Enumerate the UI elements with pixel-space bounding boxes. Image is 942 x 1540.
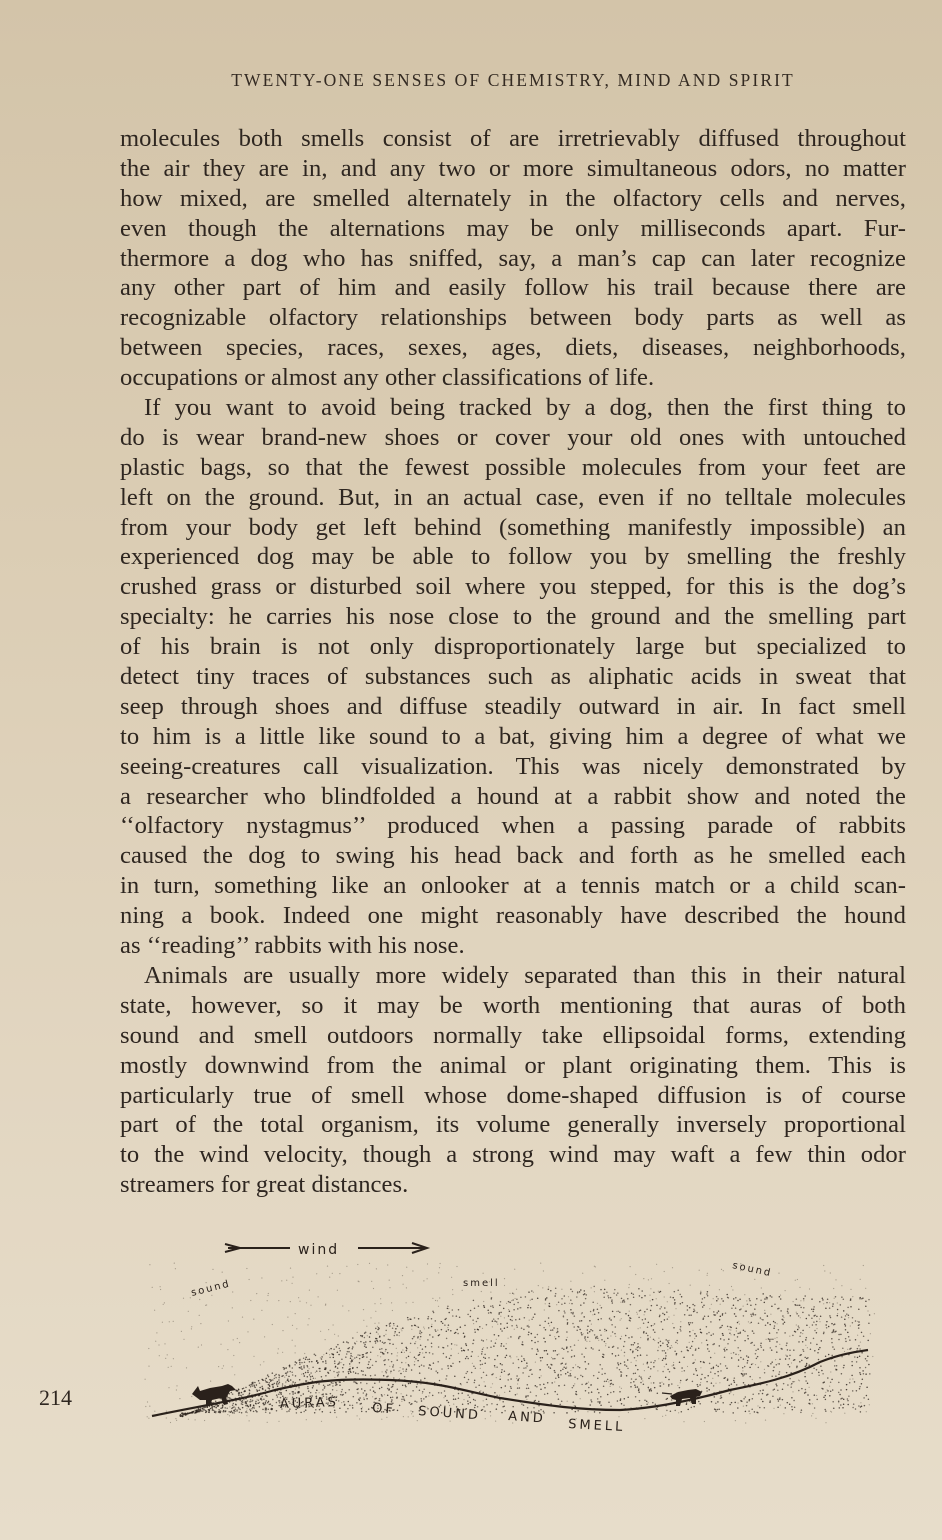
text-line: do is wear brand-new shoes or cover your… bbox=[120, 423, 906, 453]
text-line: how mixed, are smelled alternately in th… bbox=[120, 184, 906, 214]
caption-word: AND bbox=[508, 1409, 547, 1427]
text-line: crushed grass or disturbed soil where yo… bbox=[120, 572, 906, 602]
sound-label-right: sound bbox=[731, 1260, 773, 1279]
text-line: ning a book. Indeed one might reasonably… bbox=[120, 901, 906, 931]
text-line: even though the alternations may be only… bbox=[120, 214, 906, 244]
text-line: Animals are usually more widely separate… bbox=[120, 961, 906, 991]
body-text: molecules both smells consist of are irr… bbox=[120, 124, 906, 1200]
sound-label-left: sound bbox=[190, 1278, 232, 1298]
text-line: specialty: he carries his nose close to … bbox=[120, 602, 906, 632]
running-head: TWENTY-ONE SENSES OF CHEMISTRY, MIND AND… bbox=[120, 70, 906, 91]
caption-word: SOUND bbox=[418, 1404, 482, 1423]
text-line: caused the dog to swing his head back an… bbox=[120, 841, 906, 871]
text-line: seep through shoes and diffuse steadily … bbox=[120, 692, 906, 722]
text-line: If you want to avoid being tracked by a … bbox=[120, 393, 906, 423]
text-line: any other part of him and easily follow … bbox=[120, 273, 906, 303]
text-line: to the wind velocity, though a strong wi… bbox=[120, 1140, 906, 1170]
text-line: particularly true of smell whose dome-sh… bbox=[120, 1081, 906, 1111]
caption-word: AURAS bbox=[280, 1395, 340, 1412]
text-line: a researcher who blindfolded a hound at … bbox=[120, 782, 906, 812]
text-line: between species, races, sexes, ages, die… bbox=[120, 333, 906, 363]
text-line: plastic bags, so that the fewest possibl… bbox=[120, 453, 906, 483]
text-line: part of the total organism, its volume g… bbox=[120, 1110, 906, 1140]
text-line: mostly downwind from the animal or plant… bbox=[120, 1051, 906, 1081]
text-line: detect tiny traces of substances such as… bbox=[120, 662, 906, 692]
text-line: the air they are in, and any two or more… bbox=[120, 154, 906, 184]
text-line: recognizable olfactory relationships bet… bbox=[120, 303, 906, 333]
text-line: ‘‘olfactory nystagmus’’ produced when a … bbox=[120, 811, 906, 841]
text-line: thermore a dog who has sniffed, say, a m… bbox=[120, 244, 906, 274]
text-line: sound and smell outdoors normally take e… bbox=[120, 1021, 906, 1051]
caption-word: SMELL bbox=[568, 1417, 626, 1435]
text-line: from your body get left behind (somethin… bbox=[120, 513, 906, 543]
text-line: in turn, something like an onlooker at a… bbox=[120, 871, 906, 901]
text-line: of his brain is not only disproportionat… bbox=[120, 632, 906, 662]
page-number: 214 bbox=[39, 1385, 72, 1411]
caption-word: OF bbox=[372, 1401, 396, 1417]
text-line: occupations or almost any other classifi… bbox=[120, 363, 906, 393]
text-line: as ‘‘reading’’ rabbits with his nose. bbox=[120, 931, 906, 961]
text-line: streamers for great distances. bbox=[120, 1170, 906, 1200]
text-line: to him is a little like sound to a bat, … bbox=[120, 722, 906, 752]
text-line: experienced dog may be able to follow yo… bbox=[120, 542, 906, 572]
smell-label: smell bbox=[463, 1278, 500, 1289]
text-line: state, however, so it may be worth menti… bbox=[120, 991, 906, 1021]
auras-figure: wind sound smell sound AURASOFSOUNDANDSM… bbox=[140, 1228, 880, 1438]
text-line: left on the ground. But, in an actual ca… bbox=[120, 483, 906, 513]
wind-label: wind bbox=[298, 1242, 339, 1258]
text-line: seeing-creatures call visualization. Thi… bbox=[120, 752, 906, 782]
text-line: molecules both smells consist of are irr… bbox=[120, 124, 906, 154]
